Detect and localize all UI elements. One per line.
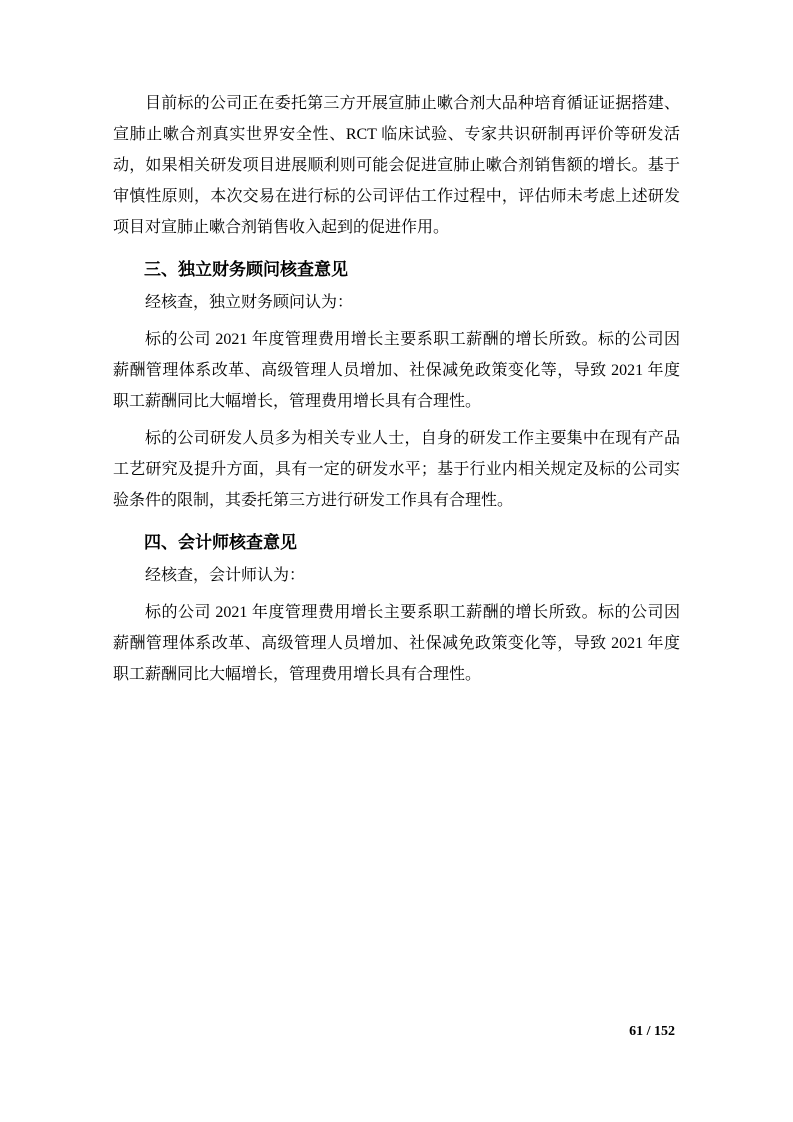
section-heading-independent-financial-advisor: 三、独立财务顾问核查意见 bbox=[113, 254, 680, 285]
document-body: 目前标的公司正在委托第三方开展宣肺止嗽合剂大品种培育循证证据搭建、宣肺止嗽合剂真… bbox=[113, 88, 680, 696]
section-heading-accountant: 四、会计师核查意见 bbox=[113, 527, 680, 558]
document-page: 目前标的公司正在委托第三方开展宣肺止嗽合剂大品种培育循证证据搭建、宣肺止嗽合剂真… bbox=[0, 0, 793, 1122]
paragraph: 标的公司 2021 年度管理费用增长主要系职工薪酬的增长所致。标的公司因薪酬管理… bbox=[113, 324, 680, 417]
paragraph: 标的公司研发人员多为相关专业人士，自身的研发工作主要集中在现有产品工艺研究及提升… bbox=[113, 423, 680, 516]
paragraph: 经核查，独立财务顾问认为： bbox=[113, 287, 680, 318]
paragraph: 经核查，会计师认为： bbox=[113, 560, 680, 591]
page-number: 61 / 152 bbox=[113, 1024, 675, 1040]
paragraph: 标的公司 2021 年度管理费用增长主要系职工薪酬的增长所致。标的公司因薪酬管理… bbox=[113, 597, 680, 690]
intro-paragraph: 目前标的公司正在委托第三方开展宣肺止嗽合剂大品种培育循证证据搭建、宣肺止嗽合剂真… bbox=[113, 88, 680, 243]
